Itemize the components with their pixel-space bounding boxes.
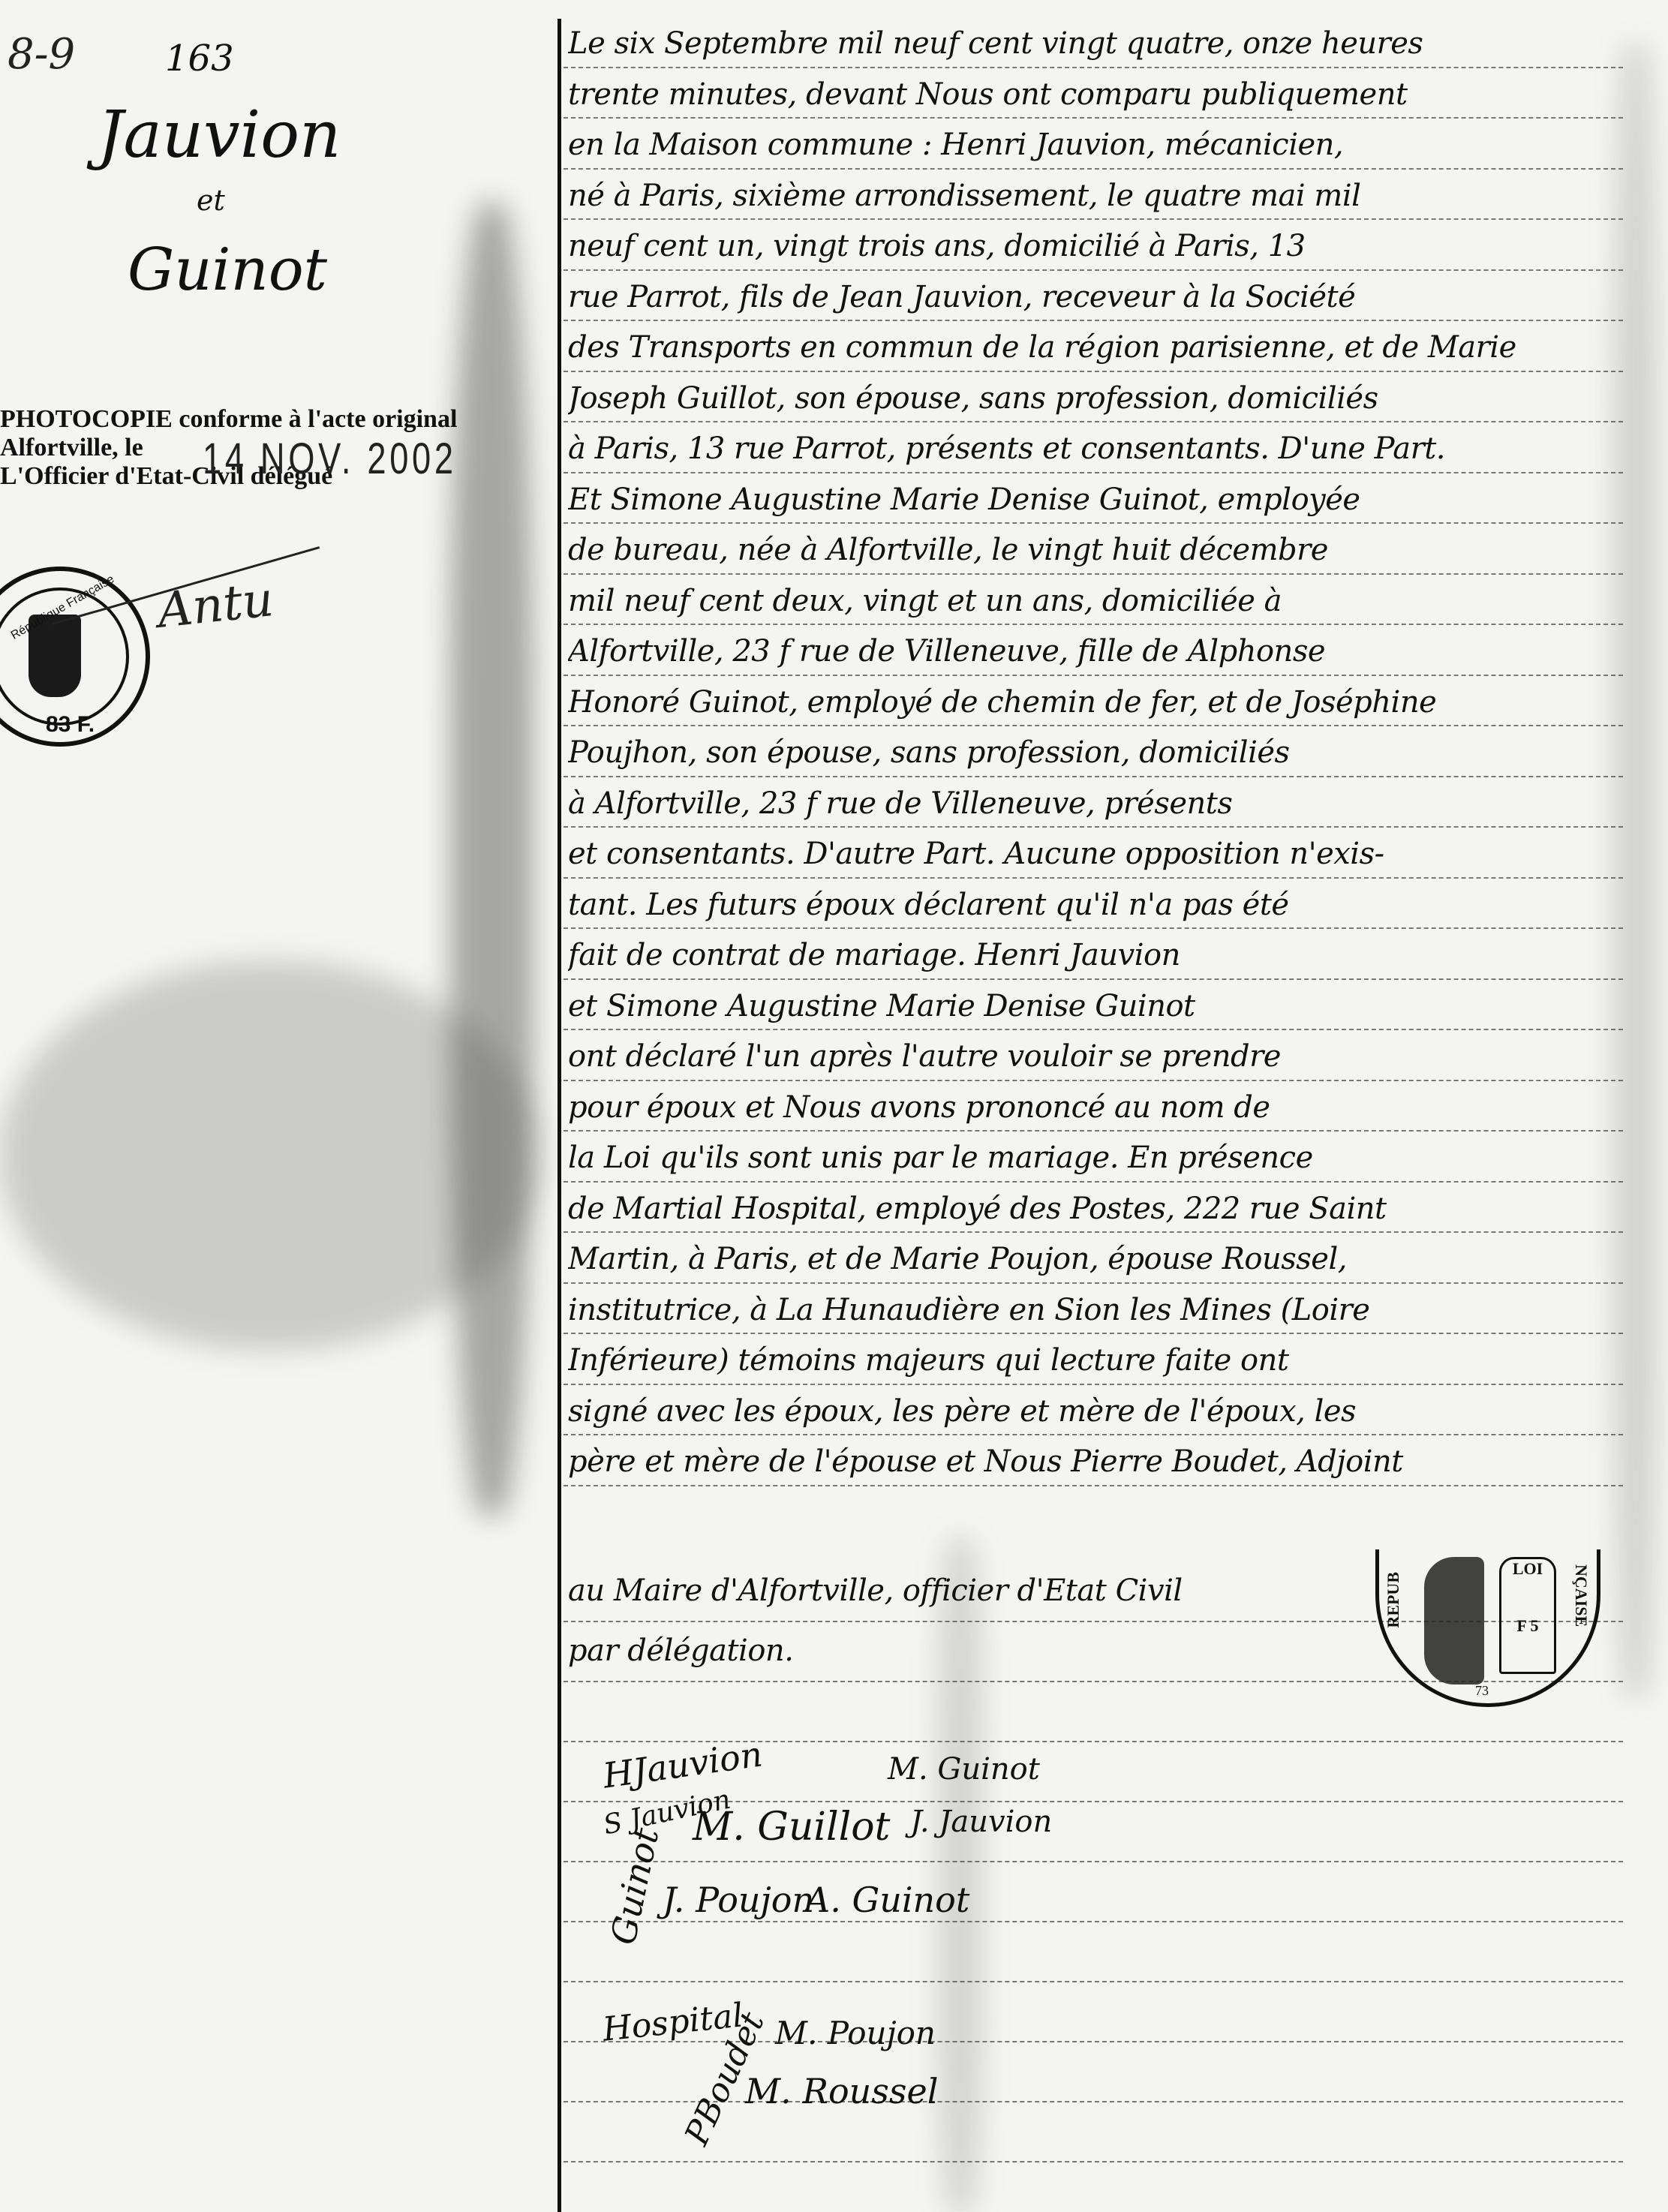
act-line: par délégation. <box>568 1621 1393 1681</box>
act-line: neuf cent un, vingt trois ans, domicilié… <box>568 221 1633 272</box>
act-line: Le six Septembre mil neuf cent vingt qua… <box>568 19 1633 70</box>
ruled-line <box>564 1921 1623 1922</box>
act-line: Joseph Guillot, son épouse, sans profess… <box>568 374 1633 425</box>
act-number: 163 <box>165 38 234 80</box>
city-seal-icon: République Française 83 F. <box>0 567 150 747</box>
seal-number: 83 F. <box>46 712 95 738</box>
republic-seal-icon: LOI F 5 REPUB NÇAISE 73 <box>1375 1549 1600 1707</box>
seal-right-text: NÇAISE <box>1571 1564 1591 1627</box>
ruled-line <box>564 1861 1623 1862</box>
seal-left-text: REPUB <box>1384 1572 1403 1628</box>
act-line: Alfortville, 23 f rue de Villeneuve, fil… <box>568 627 1633 678</box>
conjunction: et <box>197 184 225 217</box>
stamp-line-1: PHOTOCOPIE conforme à l'acte original <box>0 405 457 434</box>
register-page: Le six Septembre mil neuf cent vingt qua… <box>558 19 1668 2212</box>
act-line: institutrice, à La Hunaudière en Sion le… <box>568 1285 1633 1336</box>
act-line: Et Simone Augustine Marie Denise Guinot,… <box>568 475 1633 526</box>
act-line: ont déclaré l'un après l'autre vouloir s… <box>568 1032 1633 1083</box>
act-line: des Transports en commun de la région pa… <box>568 323 1633 374</box>
signature: M. Roussel <box>745 2071 938 2111</box>
act-line: à Paris, 13 rue Parrot, présents et cons… <box>568 424 1633 475</box>
act-line: trente minutes, devant Nous ont comparu … <box>568 70 1633 121</box>
signature: Guinot <box>603 1825 666 1949</box>
signature: A. Guinot <box>805 1880 969 1920</box>
officer-signature: Antu <box>155 572 276 639</box>
margin-column: 8-9 163 Jauvion et Guinot PHOTOCOPIE con… <box>0 0 555 2212</box>
ruled-line <box>564 2161 1623 2162</box>
law-tablet-icon: LOI F 5 <box>1499 1557 1556 1674</box>
act-line: Inférieure) témoins majeurs qui lecture … <box>568 1336 1633 1387</box>
marianne-figure-icon <box>1424 1557 1484 1685</box>
act-line: de bureau, née à Alfortville, le vingt h… <box>568 525 1633 576</box>
act-body: Le six Septembre mil neuf cent vingt qua… <box>568 19 1633 1488</box>
stamp-date: 14 NOV. 2002 <box>203 434 457 484</box>
spouse-2-surname: Guinot <box>128 236 327 304</box>
act-line: et consentants. D'autre Part. Aucune opp… <box>568 829 1633 880</box>
signature: M. Poujon <box>775 2015 936 2051</box>
act-line: pour époux et Nous avons prononcé au nom… <box>568 1083 1633 1134</box>
act-line: né à Paris, sixième arrondissement, le q… <box>568 171 1633 222</box>
signature: J. Jauvion <box>910 1805 1052 1839</box>
reference-number: 8-9 <box>8 30 75 79</box>
act-line: Honoré Guinot, employé de chemin de fer,… <box>568 678 1633 729</box>
spouse-1-surname: Jauvion <box>98 98 341 173</box>
act-line: à Alfortville, 23 f rue de Villeneuve, p… <box>568 779 1633 830</box>
act-line: rue Parrot, fils de Jean Jauvion, receve… <box>568 272 1633 323</box>
seal-number: 73 <box>1475 1683 1489 1699</box>
act-line: mil neuf cent deux, vingt et un ans, dom… <box>568 576 1633 627</box>
act-line: au Maire d'Alfortville, officier d'Etat … <box>568 1561 1393 1621</box>
signature: J. Poujon <box>663 1880 814 1920</box>
ruled-line <box>564 1981 1623 1982</box>
act-line: fait de contrat de mariage. Henri Jauvio… <box>568 930 1633 981</box>
act-line: Martin, à Paris, et de Marie Poujon, épo… <box>568 1234 1633 1285</box>
act-line: et Simone Augustine Marie Denise Guinot <box>568 981 1633 1032</box>
act-line: père et mère de l'épouse et Nous Pierre … <box>568 1437 1633 1488</box>
signature: HJauvion <box>600 1733 765 1796</box>
act-line: signé avec les époux, les père et mère d… <box>568 1387 1633 1438</box>
signature: M. Guinot <box>888 1752 1040 1787</box>
act-line: tant. Les futurs époux déclarent qu'il n… <box>568 880 1633 931</box>
signature: M. Guillot <box>693 1805 890 1850</box>
margin-rule <box>558 19 561 2212</box>
act-line: en la Maison commune : Henri Jauvion, mé… <box>568 120 1633 171</box>
act-line: Poujhon, son épouse, sans profession, do… <box>568 728 1633 779</box>
act-line: de Martial Hospital, employé des Postes,… <box>568 1184 1633 1235</box>
act-line: la Loi qu'ils sont unis par le mariage. … <box>568 1133 1633 1184</box>
act-closing: au Maire d'Alfortville, officier d'Etat … <box>568 1561 1393 1681</box>
